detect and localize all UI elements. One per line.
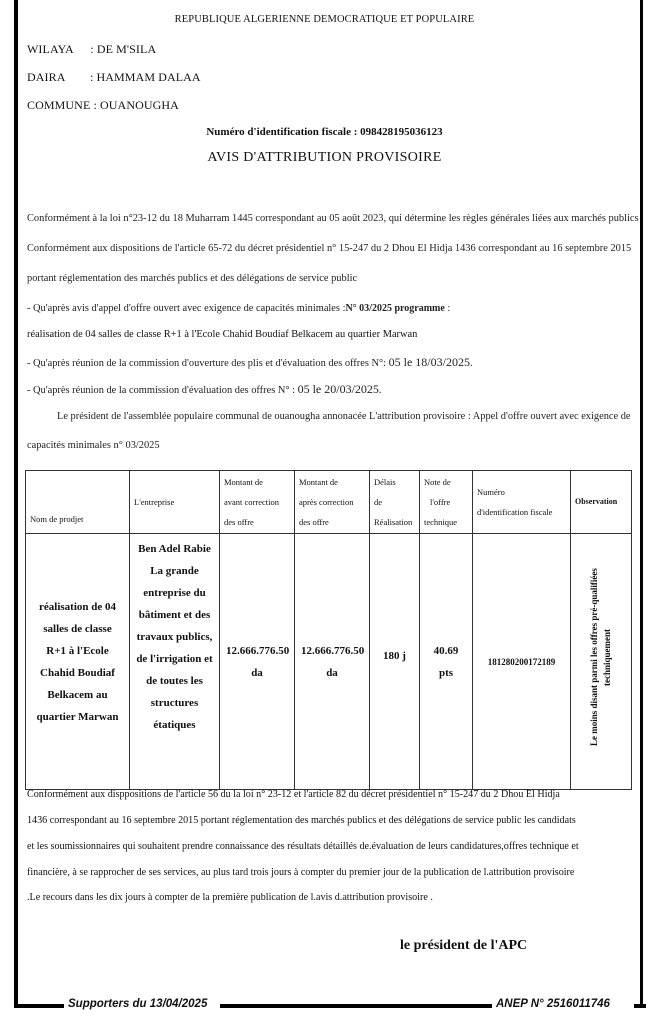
header-tech-score-l2: l'offre bbox=[424, 492, 468, 512]
header-amount-before: Montant de avant correction des offre bbox=[220, 471, 295, 534]
header-amount-after-l3: des offre bbox=[299, 512, 365, 532]
intro-line-4-suffix: : bbox=[445, 303, 451, 314]
intro-line-3: portant réglementation des marchés publi… bbox=[27, 266, 635, 292]
intro-line-2: Conformément aux dispositions de l'artic… bbox=[27, 236, 635, 262]
fiscal-id: Numéro d'identification fiscale : 098428… bbox=[0, 126, 649, 138]
cell-amount-after: 12.666.776.50 da bbox=[295, 534, 370, 790]
closing-line-2: 1436 correspondant au 16 septembre 2015 … bbox=[27, 808, 635, 834]
header-tech-score: Note de l'offre technique bbox=[420, 471, 473, 534]
opening-commission-ref: 05 le 18/03/2025 bbox=[389, 355, 470, 369]
closing-line-5: .Le recours dans les dix jours à compter… bbox=[27, 885, 635, 911]
award-table: Nom de prodjet L'entreprise Montant de a… bbox=[25, 470, 632, 790]
intro-line-7: - Qu'après réunion de la commission d'év… bbox=[27, 377, 635, 404]
header-nif: Numéro d'identification fiscale bbox=[473, 471, 571, 534]
header-amount-before-l1: Montant de bbox=[224, 472, 290, 492]
page-title: AVIS D'ATTRIBUTION PROVISOIRE bbox=[0, 150, 649, 166]
header-delay-l3: Réalisation bbox=[374, 512, 415, 532]
intro-line-9: capacités minimales n° 03/2025 bbox=[27, 433, 635, 459]
header-delay: Délais de Réalisation bbox=[370, 471, 420, 534]
publication-footer: Supporters du 13/04/2025 ANEP N° 2516011… bbox=[14, 1000, 646, 1014]
cell-project: réalisation de 04 salles de classe R+1 à… bbox=[26, 534, 130, 790]
footer-anep: ANEP N° 2516011746 bbox=[496, 998, 610, 1010]
observation-text: Le moins disant parmi les offres pré-qua… bbox=[588, 545, 614, 770]
header-amount-after-l1: Montant de bbox=[299, 472, 365, 492]
footer-rule-left bbox=[14, 1004, 64, 1008]
cell-nif: 181280200172189 bbox=[473, 534, 571, 790]
commune-value: : OUANOUGHA bbox=[93, 98, 178, 112]
table-row: réalisation de 04 salles de classe R+1 à… bbox=[26, 534, 632, 790]
header-tech-score-l3: technique bbox=[424, 512, 468, 532]
header-company: L'entreprise bbox=[130, 471, 220, 534]
cell-tech-score: 40.69 pts bbox=[420, 534, 473, 790]
header-amount-before-l3: des offre bbox=[224, 512, 290, 532]
program-number: N° 03/2025 programme bbox=[345, 303, 444, 314]
header-delay-l2: de bbox=[374, 492, 415, 512]
wilaya-line: WILAYA : DE M'SILA bbox=[27, 42, 156, 57]
republic-heading: REPUBLIQUE ALGERIENNE DEMOCRATIQUE ET PO… bbox=[0, 14, 649, 25]
daira-label: DAIRA bbox=[27, 70, 65, 84]
footer-rule-middle bbox=[220, 1004, 492, 1008]
intro-line-1: Conformément à la loi n°23-12 du 18 Muha… bbox=[27, 206, 635, 232]
footer-rule-right bbox=[634, 1004, 646, 1008]
cell-company: Ben Adel Rabie La grande entreprise du b… bbox=[130, 534, 220, 790]
header-nif-l1: Numéro bbox=[477, 482, 566, 502]
closing-line-4: financière, à se rapprocher de ses servi… bbox=[27, 860, 635, 886]
header-project: Nom de prodjet bbox=[26, 471, 130, 534]
intro-line-6: - Qu'après réunion de la commission d'ou… bbox=[27, 350, 635, 377]
intro-line-5: réalisation de 04 salles de classe R+1 à… bbox=[27, 322, 635, 348]
cell-delay: 180 j bbox=[370, 534, 420, 790]
daira-value: : HAMMAM DALAA bbox=[90, 70, 201, 84]
table-header-row: Nom de prodjet L'entreprise Montant de a… bbox=[26, 471, 632, 534]
header-observation: Observation bbox=[571, 471, 632, 534]
header-amount-after-l2: après correction bbox=[299, 492, 365, 512]
header-amount-after: Montant de après correction des offre bbox=[295, 471, 370, 534]
header-delay-l1: Délais bbox=[374, 472, 415, 492]
commune-label: COMMUNE bbox=[27, 98, 90, 112]
cell-amount-before: 12.666.776.50 da bbox=[220, 534, 295, 790]
footer-supporters: Supporters du 13/04/2025 bbox=[68, 998, 207, 1010]
wilaya-value: : DE M'SILA bbox=[90, 42, 156, 56]
header-tech-score-l1: Note de bbox=[424, 472, 468, 492]
closing-line-3: et les soumissionnaires qui souhaitent p… bbox=[27, 834, 635, 860]
intro-line-4-text: - Qu'après avis d'appel d'offre ouvert a… bbox=[27, 303, 345, 314]
cell-observation: Le moins disant parmi les offres pré-qua… bbox=[571, 534, 632, 790]
evaluation-commission-ref: 05 le 20/03/2025 bbox=[298, 382, 379, 396]
header-amount-before-l2: avant correction bbox=[224, 492, 290, 512]
daira-line: DAIRA : HAMMAM DALAA bbox=[27, 70, 201, 85]
header-nif-l2: d'identification fiscale bbox=[477, 502, 566, 522]
intro-line-6-text: - Qu'après réunion de la commission d'ou… bbox=[27, 358, 389, 369]
wilaya-label: WILAYA bbox=[27, 42, 73, 56]
intro-line-4: - Qu'après avis d'appel d'offre ouvert a… bbox=[27, 296, 635, 322]
signature: le président de l'APC bbox=[400, 938, 527, 954]
intro-line-7-text: - Qu'après réunion de la commission d'év… bbox=[27, 385, 298, 396]
intro-line-8: Le président de l'assemblée populaire co… bbox=[27, 404, 635, 430]
closing-line-1: Conformément aux disppositions de l'arti… bbox=[27, 782, 635, 808]
commune-line: COMMUNE : OUANOUGHA bbox=[27, 98, 179, 113]
